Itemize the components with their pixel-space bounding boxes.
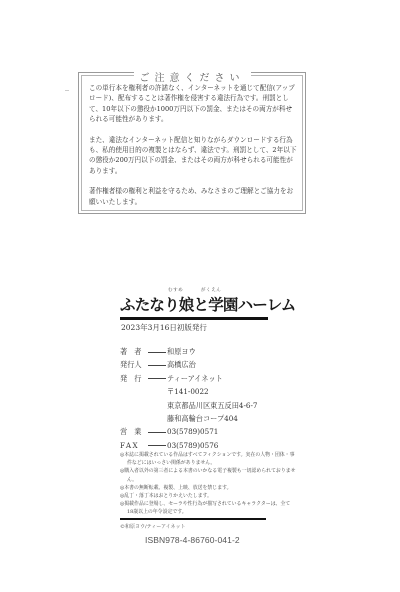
footnote-reproduction: ◎本書の無断転載、複製、上映、放送を禁じます。 (120, 484, 296, 492)
credit-publisher-person: 発行人高橋広治 (120, 358, 257, 371)
author-name: 和原ヨウ (167, 347, 196, 356)
address-line-2: 藤和高輪台コープ404 (120, 412, 257, 425)
dash-divider (148, 432, 166, 433)
notice-paragraph-upload: この単行本を権利者の許諾なく、インターネットを通じて配信(アップロード)、配布す… (89, 83, 297, 125)
footer-divider (120, 518, 266, 520)
postal-code: 〒141-0022 (120, 385, 257, 398)
publication-date: 2023年3月16日初版発行 (121, 322, 207, 333)
copyright: ©和原ヨウ/ティーアイネット (120, 523, 186, 530)
dash-divider (148, 365, 166, 366)
credit-sales: 営業03(5789)0571 (120, 425, 257, 438)
dash-divider (148, 445, 166, 446)
notice-paragraph-download: また、違法なインターネット配信と知りながらダウンロードする行為も、私的使用目的の… (89, 135, 297, 177)
title-divider (120, 317, 268, 320)
notice-paragraph-request: 著作権者様の権利と利益を守るため、みなさまのご理解とご協力をお願いいたします。 (89, 186, 297, 207)
footnote-misprint: ◎乱丁・落丁本はおとりかえいたします。 (120, 492, 296, 500)
book-title: ふたなり娘と学園ハーレム (120, 293, 295, 315)
publisher-person-label: 発行人 (120, 358, 146, 371)
footnotes: ◎本誌に掲載されている作品はすべてフィクションです。実在の人物・団体・事件などに… (120, 451, 296, 517)
address-line-1: 東京都品川区東五反田4-6-7 (120, 399, 257, 412)
credit-publisher: 発行ティーアイネット (120, 372, 257, 385)
credit-author: 著者和原ヨウ (120, 345, 257, 358)
notice-box: ご注意ください この単行本を権利者の許諾なく、インターネットを通じて配信(アップ… (78, 72, 306, 214)
fax-number: 03(5789)0576 (167, 441, 218, 450)
footnote-fiction: ◎本誌に掲載されている作品はすべてフィクションです。実在の人物・団体・事件などに… (120, 451, 296, 467)
isbn: ISBN978-4-86760-041-2 (145, 535, 240, 545)
publisher-person-name: 高橋広治 (167, 360, 196, 369)
notice-body: この単行本を権利者の許諾なく、インターネットを通じて配信(アップロード)、配布す… (89, 83, 297, 207)
margin-mark (65, 90, 69, 91)
author-label: 著者 (120, 345, 146, 358)
notice-header: ご注意ください (79, 66, 305, 80)
publisher-label: 発行 (120, 372, 146, 385)
sales-label: 営業 (120, 425, 146, 438)
dash-divider (148, 352, 166, 353)
footnote-age: ◎掲載作品に登場し、セーラや性行為が描写されているキャラクターは、全て18歳以上… (120, 500, 296, 516)
sales-phone: 03(5789)0571 (167, 427, 218, 436)
credits: 著者和原ヨウ 発行人高橋広治 発行ティーアイネット 〒141-0022 東京都品… (120, 345, 257, 452)
dash-divider (148, 378, 166, 379)
publisher-name: ティーアイネット (167, 374, 223, 383)
footnote-digital-copy: ◎購入者以外の第三者による本書のいかなる電子複製も一切認められておりません。 (120, 467, 296, 483)
